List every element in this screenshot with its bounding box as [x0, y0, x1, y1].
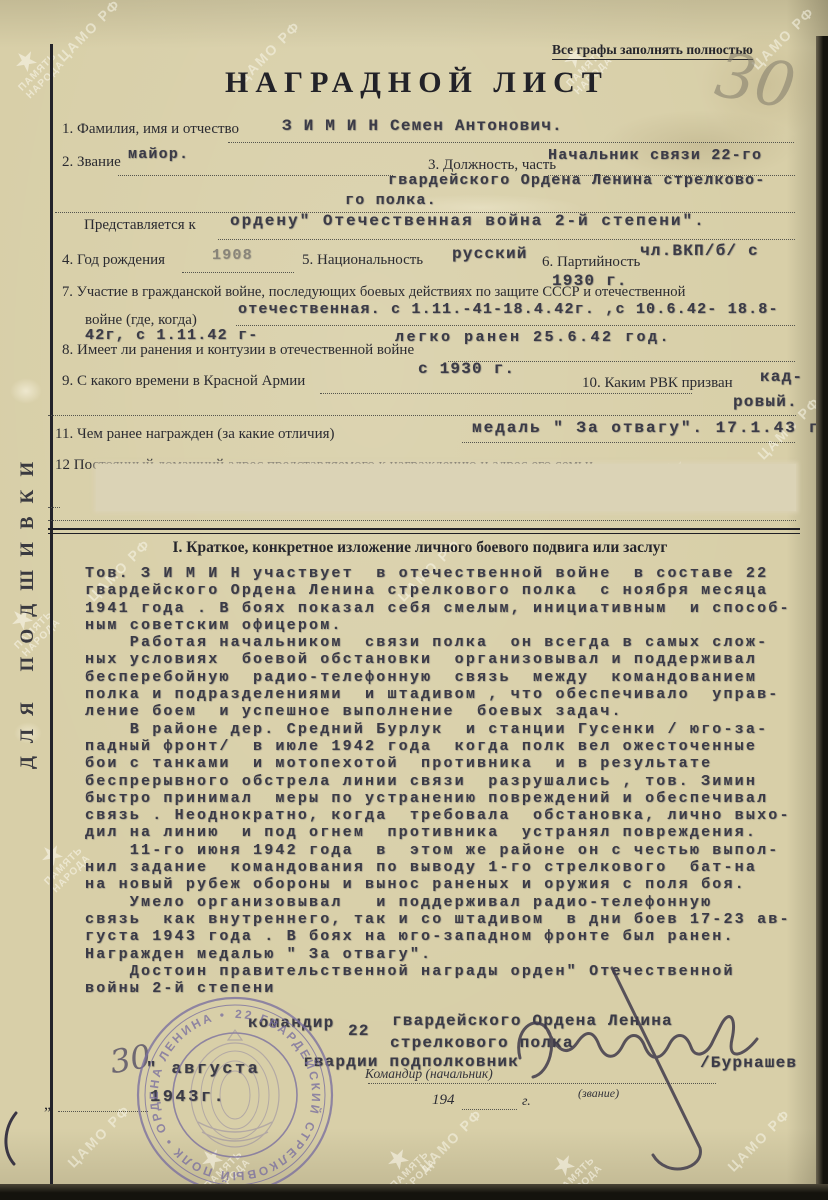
field-4-label: 4. Год рождения: [62, 252, 165, 269]
present-value: ордену" Отечественная война 2-й степени"…: [230, 212, 706, 230]
pen-mark: [0, 1110, 24, 1168]
field-4-value: 1908: [212, 247, 253, 264]
watermark-pamyat-naroda: ★ ПАМЯТЬ НАРОДА: [2, 37, 67, 102]
field-11-value: медаль " За отвагу". 17.1.43 г.: [472, 419, 828, 437]
punch-hole-mark: [10, 378, 42, 404]
field-11-label: 11. Чем ранее награжден (за какие отличи…: [55, 426, 335, 443]
dotted-line: [236, 324, 795, 326]
printed-role-caption: Командир (начальник): [365, 1066, 493, 1082]
field-2-label: 2. Звание: [62, 154, 121, 171]
field-10-label: 10. Каким РВК призван: [582, 375, 733, 392]
field-3-value-line2: гвардейского Ордена Ленина стрелково-: [388, 172, 765, 189]
field-9-value: с 1930 г.: [418, 360, 515, 378]
field-3-value-line3: го полка.: [345, 192, 437, 209]
dotted-line: [320, 392, 692, 394]
dotted-line: [182, 271, 294, 273]
sig-typed-regiment-number: 22: [348, 1022, 370, 1040]
field-1-label: 1. Фамилия, имя и отчество: [62, 121, 239, 138]
present-label: Представляется к: [84, 217, 196, 234]
field-1-value: З И М И Н Семен Антонович.: [282, 117, 563, 135]
field-5-value: русский: [452, 245, 528, 263]
commander-signature: [495, 955, 825, 1195]
field-6-value-line1: чл.ВКП/б/ с: [640, 242, 759, 260]
dotted-line: [48, 519, 796, 521]
dotted-line: [48, 414, 796, 416]
field-6-label: 6. Партийность: [542, 254, 640, 271]
field-3-value-line1: Начальник связи 22-го: [548, 147, 762, 164]
regiment-stamp: 22 ГВАРДЕЙСКИЙ СТРЕЛКОВЫЙ ПОЛК • ОРДЕНА …: [128, 992, 343, 1200]
section-divider: [48, 528, 800, 530]
field-8-label: 8. Имеет ли ранения и контузии в отечест…: [62, 342, 414, 359]
field-5-label: 5. Национальность: [302, 252, 423, 269]
scan-edge-right: [816, 36, 828, 1200]
printed-year-stub: 194: [432, 1092, 455, 1109]
field-10-value-line2: ровый.: [733, 393, 798, 411]
binding-rule: [50, 44, 53, 1185]
signature-stroke: [519, 1017, 757, 1077]
field-10-value-line1: кад-: [760, 368, 803, 386]
dotted-line: [228, 141, 794, 143]
signature-stroke: [612, 968, 700, 1169]
scanned-award-document: ЦАМО РФ ЦАМО РФ ЦАМО РФ ЦАМО РФ ЦАМО РФ …: [0, 0, 828, 1200]
scan-edge-bottom: [0, 1184, 828, 1200]
redaction-bar: [96, 464, 796, 511]
section-divider: [48, 533, 800, 535]
printed-open-quote: „: [44, 1096, 51, 1114]
field-7-value-line1: отечественная. с 1.11.-41-18.4.42г. ,с 1…: [238, 301, 779, 318]
dotted-line: [48, 506, 60, 508]
field-7-label-line1: 7. Участие в гражданской войне, последую…: [62, 284, 685, 301]
document-title: НАГРАДНОЙ ЛИСТ: [225, 66, 595, 100]
spine-text: ДЛЯ ПОДШИВКИ: [17, 429, 39, 789]
citation-body: Тов. З И М И Н участвует в отечественной…: [85, 565, 791, 997]
watermark-camo: ЦАМО РФ: [54, 0, 123, 65]
field-8-value: легко ранен 25.6.42 год.: [395, 329, 671, 346]
section-heading: I. Краткое, конкретное изложение личного…: [100, 539, 740, 557]
dotted-line: [118, 174, 393, 176]
page-number-handwritten: 30: [710, 38, 800, 124]
dotted-line: [462, 441, 795, 443]
dotted-line: [218, 238, 795, 240]
field-9-label: 9. С какого времени в Красной Армии: [62, 373, 305, 390]
watermark-pamyat-naroda: ★ ПАМЯТЬ НАРОДА: [28, 831, 93, 896]
field-2-value: майор.: [128, 146, 189, 163]
